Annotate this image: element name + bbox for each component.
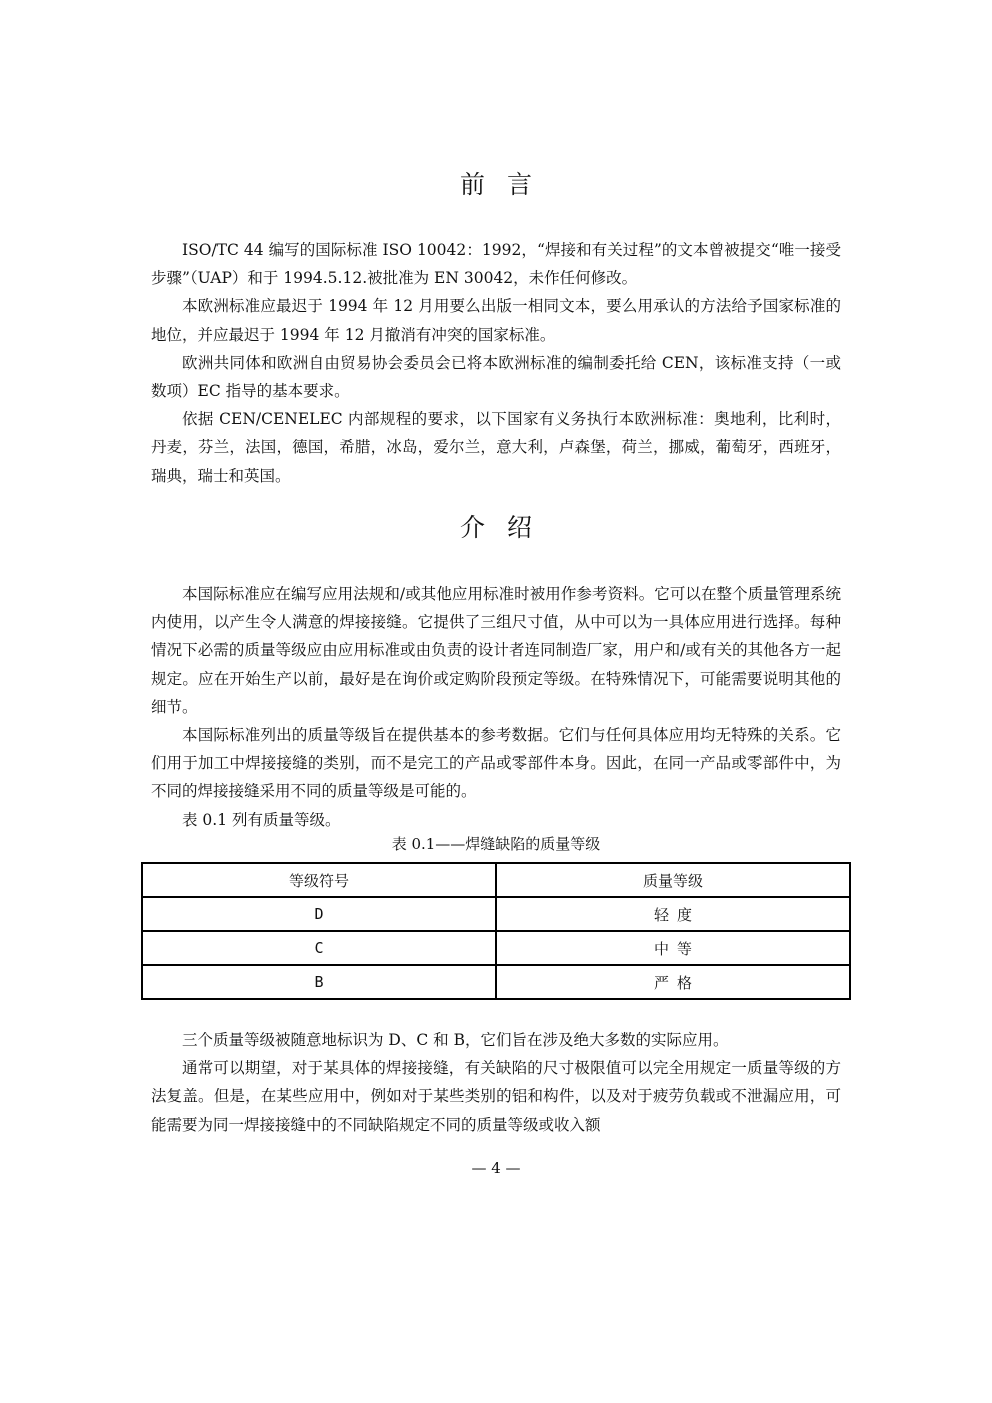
introduction-paragraph: 表 0.1 列有质量等级。 [151,806,841,834]
preface-paragraph: ISO/TC 44 编写的国际标准 ISO 10042：1992，“焊接和有关过… [151,236,841,292]
preface-body: ISO/TC 44 编写的国际标准 ISO 10042：1992，“焊接和有关过… [151,236,841,490]
table-cell-level: 中等 [496,931,850,965]
post-table-body: 三个质量等级被随意地标识为 D、C 和 B，它们旨在涉及绝大多数的实际应用。 通… [151,1026,841,1139]
introduction-paragraph: 本国际标准应在编写应用法规和/或其他应用标准时被用作参考资料。它可以在整个质量管… [151,580,841,721]
table-header-row: 等级符号 质量等级 [142,863,850,897]
preface-paragraph: 欧洲共同体和欧洲自由贸易协会委员会已将本欧洲标准的编制委托给 CEN，该标准支持… [151,349,841,405]
table-cell-level: 严格 [496,965,850,999]
preface-paragraph: 本欧洲标准应最迟于 1994 年 12 月用要么出版一相同文本，要么用承认的方法… [151,292,841,348]
table-header-cell: 质量等级 [496,863,850,897]
body-paragraph: 通常可以期望，对于某具体的焊接接缝，有关缺陷的尺寸极限值可以完全用规定一质量等级… [151,1054,841,1139]
table-row: C 中等 [142,931,850,965]
introduction-body: 本国际标准应在编写应用法规和/或其他应用标准时被用作参考资料。它可以在整个质量管… [151,580,841,834]
table-caption: 表 0.1——焊缝缺陷的质量等级 [0,832,992,856]
table-cell-symbol: C [142,931,496,965]
table-row: D 轻度 [142,897,850,931]
quality-levels-table: 等级符号 质量等级 D 轻度 C 中等 B 严格 [141,862,851,1000]
table-cell-symbol: B [142,965,496,999]
introduction-title: 介绍 [0,513,992,543]
introduction-paragraph: 本国际标准列出的质量等级旨在提供基本的参考数据。它们与任何具体应用均无特殊的关系… [151,721,841,806]
document-page: 前言 ISO/TC 44 编写的国际标准 ISO 10042：1992，“焊接和… [0,0,992,1403]
table-cell-symbol: D [142,897,496,931]
preface-paragraph: 依据 CEN/CENELEC 内部规程的要求，以下国家有义务执行本欧洲标准：奥地… [151,405,841,490]
page-number: — 4 — [0,1156,992,1180]
preface-title: 前言 [0,170,992,200]
table-row: B 严格 [142,965,850,999]
table-header-cell: 等级符号 [142,863,496,897]
table-cell-level: 轻度 [496,897,850,931]
body-paragraph: 三个质量等级被随意地标识为 D、C 和 B，它们旨在涉及绝大多数的实际应用。 [151,1026,841,1054]
